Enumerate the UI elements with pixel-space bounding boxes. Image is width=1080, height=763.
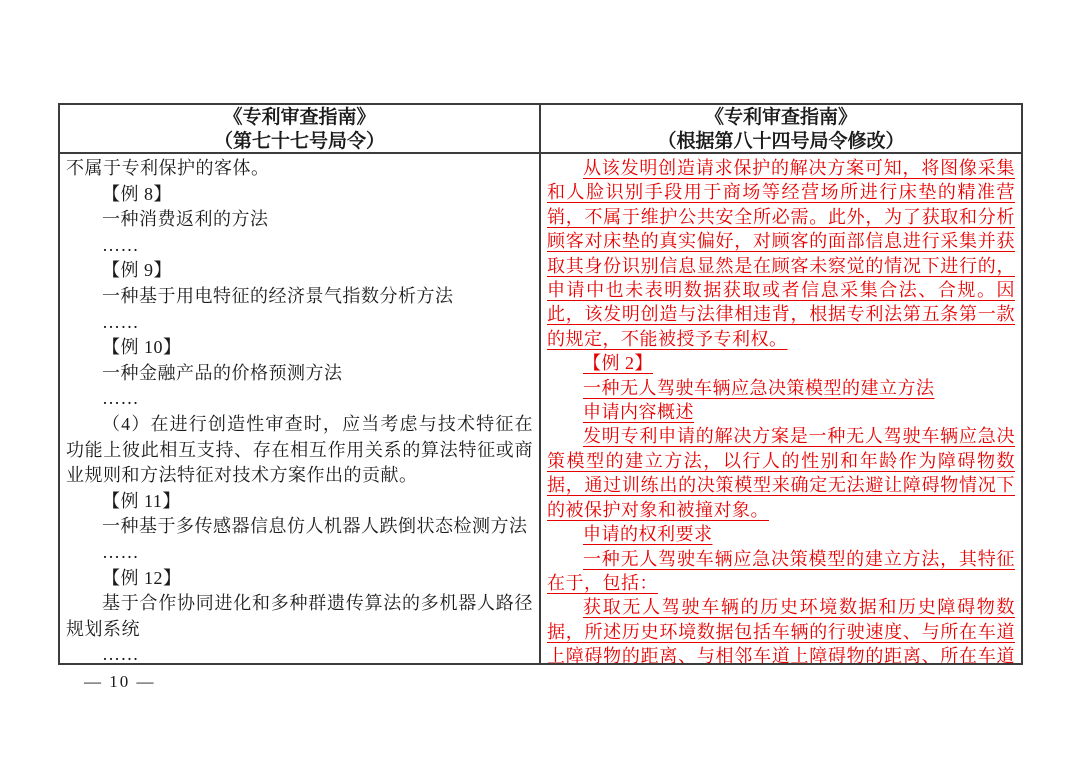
old-version-header: 《专利审查指南》 （第七十七号局令） — [60, 105, 539, 154]
paragraph-old-text: 不属于专利保护的客体。 — [66, 156, 533, 182]
revised-version-header-title: 《专利审查指南》 — [541, 106, 1021, 130]
paragraph-old-text: 【例 9】 — [66, 258, 533, 284]
paragraph-old-text: …… — [66, 642, 533, 663]
paragraph-old-text: …… — [66, 233, 533, 259]
paragraph-revised-text: 从该发明创造请求保护的解决方案可知，将图像采集和人脸识别手段用于商场等经营场所进… — [547, 156, 1015, 351]
document-page: 《专利审查指南》 （第七十七号局令） 不属于专利保护的客体。【例 8】一种消费返… — [0, 0, 1080, 763]
revised-version-body: 从该发明创造请求保护的解决方案可知，将图像采集和人脸识别手段用于商场等经营场所进… — [541, 154, 1021, 663]
paragraph-old-text: …… — [66, 310, 533, 336]
paragraph-revised-text: 发明专利申请的解决方案是一种无人驾驶车辆应急决策模型的建立方法，以行人的性别和年… — [547, 424, 1015, 522]
paragraph-old-text: 一种金融产品的价格预测方法 — [66, 361, 533, 387]
paragraph-revised-text: 获取无人驾驶车辆的历史环境数据和历史障碍物数据，所述历史环境数据包括车辆的行驶速… — [547, 595, 1015, 663]
old-version-header-subtitle: （第七十七号局令） — [60, 130, 539, 154]
paragraph-old-text: 【例 10】 — [66, 335, 533, 361]
paragraph-revised-text: 申请内容概述 — [547, 400, 1015, 424]
paragraph-revised-text: 一种无人驾驶车辆应急决策模型的建立方法 — [547, 376, 1015, 400]
paragraph-old-text: 【例 11】 — [66, 489, 533, 515]
paragraph-old-text: 一种基于多传感器信息仿人机器人跌倒状态检测方法 — [66, 514, 533, 540]
paragraph-old-text: 【例 12】 — [66, 566, 533, 592]
revised-version-header: 《专利审查指南》 （根据第八十四号局令修改） — [541, 105, 1021, 154]
old-version-column: 《专利审查指南》 （第七十七号局令） 不属于专利保护的客体。【例 8】一种消费返… — [60, 105, 541, 663]
old-version-header-title: 《专利审查指南》 — [60, 106, 539, 130]
paragraph-revised-text: 一种无人驾驶车辆应急决策模型的建立方法，其特征在于，包括： — [547, 547, 1015, 596]
revised-version-column: 《专利审查指南》 （根据第八十四号局令修改） 从该发明创造请求保护的解决方案可知… — [541, 105, 1021, 663]
paragraph-old-text: （4）在进行创造性审查时，应当考虑与技术特征在功能上彼此相互支持、存在相互作用关… — [66, 412, 533, 489]
revised-version-header-subtitle: （根据第八十四号局令修改） — [541, 130, 1021, 154]
paragraph-old-text: …… — [66, 386, 533, 412]
paragraph-revised-text: 申请的权利要求 — [547, 522, 1015, 546]
paragraph-revised-text: 【例 2】 — [547, 351, 1015, 375]
paragraph-old-text: …… — [66, 540, 533, 566]
old-version-body: 不属于专利保护的客体。【例 8】一种消费返利的方法……【例 9】一种基于用电特征… — [60, 154, 539, 663]
paragraph-old-text: 一种消费返利的方法 — [66, 207, 533, 233]
comparison-table: 《专利审查指南》 （第七十七号局令） 不属于专利保护的客体。【例 8】一种消费返… — [58, 103, 1023, 665]
paragraph-old-text: 【例 8】 — [66, 182, 533, 208]
paragraph-old-text: 基于合作协同进化和多种群遗传算法的多机器人路径规划系统 — [66, 591, 533, 642]
paragraph-old-text: 一种基于用电特征的经济景气指数分析方法 — [66, 284, 533, 310]
page-number: — 10 — — [84, 672, 156, 692]
